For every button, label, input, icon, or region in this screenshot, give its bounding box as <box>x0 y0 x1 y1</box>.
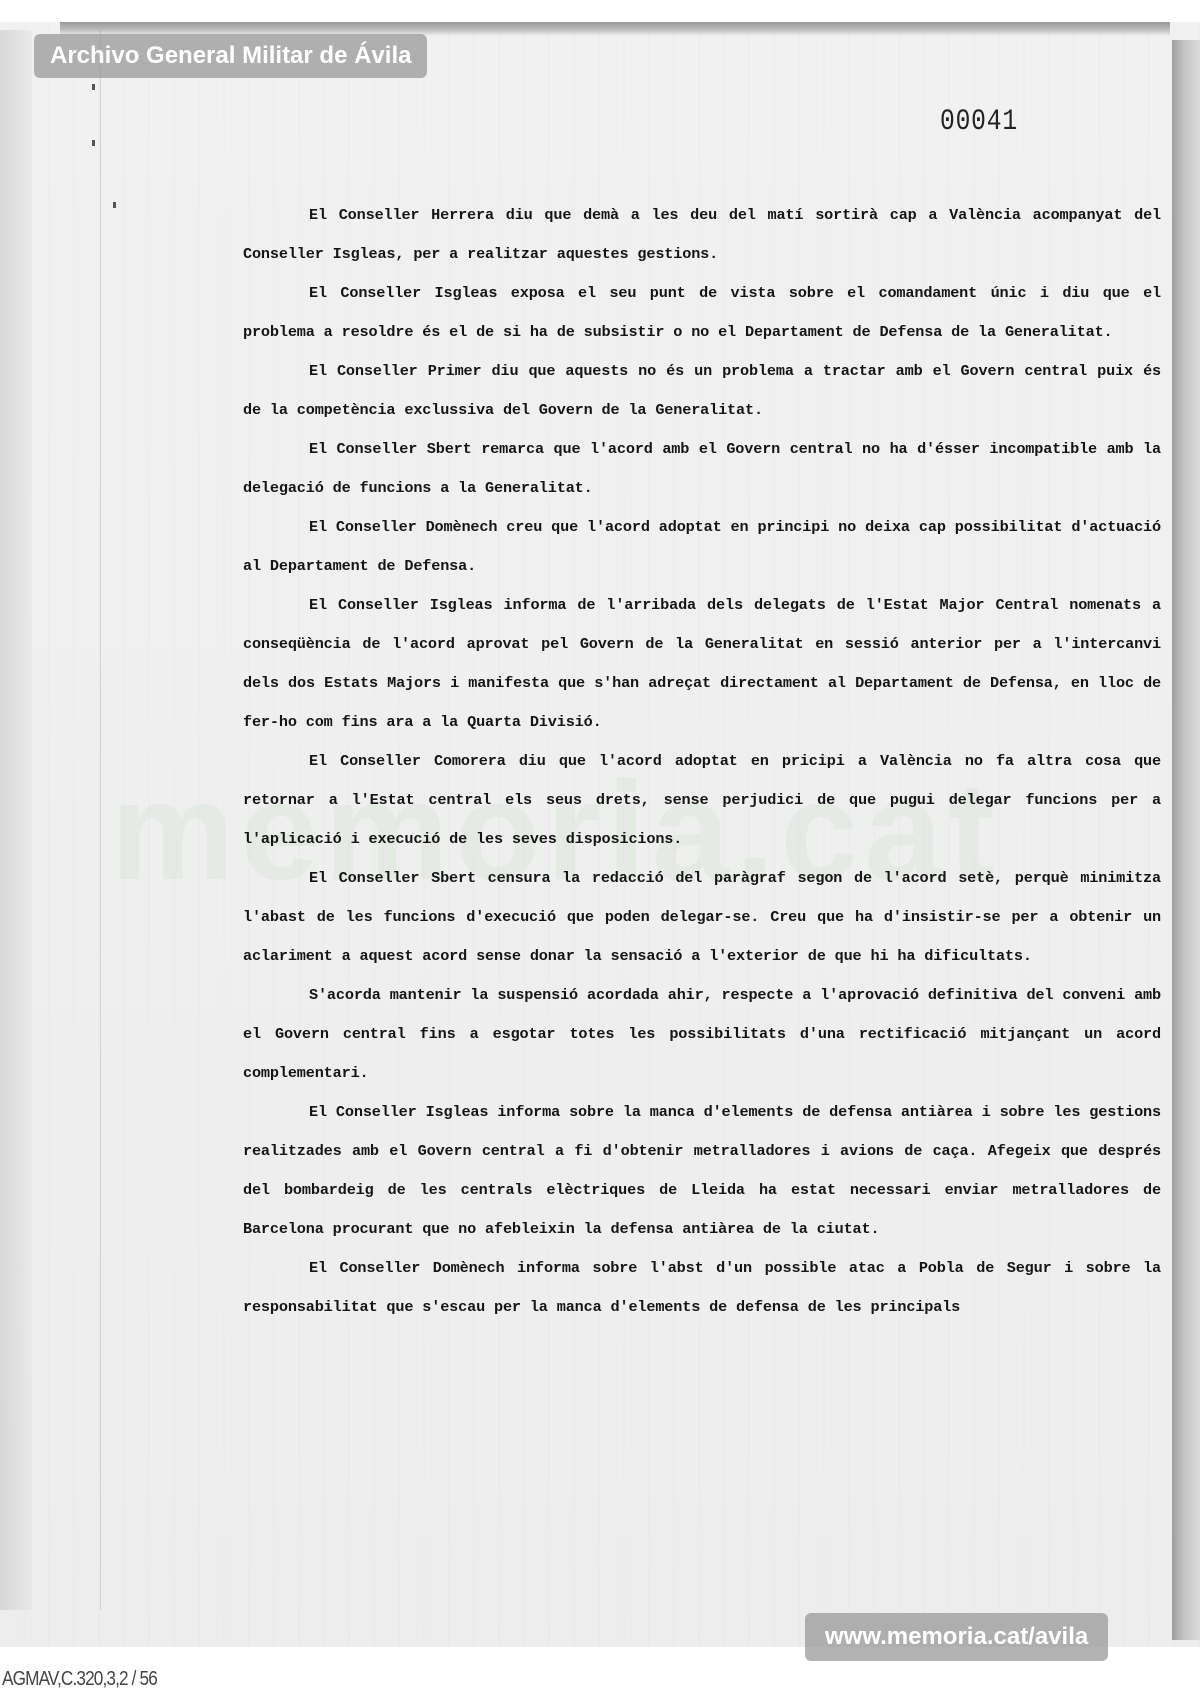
margin-mark <box>92 140 95 146</box>
source-link[interactable]: www.memoria.cat/avila <box>805 1613 1108 1661</box>
page-stamp-number: 00041 <box>940 105 1018 139</box>
paragraph: El Conseller Isgleas informa sobre la ma… <box>243 1093 1161 1249</box>
paragraph: El Conseller Domènech creu que l'acord a… <box>243 508 1161 586</box>
paragraph: S'acorda mantenir la suspensió acordada … <box>243 976 1161 1093</box>
paragraph: El Conseller Comorera diu que l'acord ad… <box>243 742 1161 859</box>
paragraph: El Conseller Domènech informa sobre l'ab… <box>243 1249 1161 1327</box>
archive-reference: AGMAV,C.320,3,2 / 56 <box>2 1668 157 1691</box>
document-body: El Conseller Herrera diu que demà a les … <box>243 196 1161 1327</box>
page-left-rule <box>100 30 101 1610</box>
paragraph: El Conseller Herrera diu que demà a les … <box>243 196 1161 274</box>
page-left-shadow <box>0 30 32 1610</box>
paragraph: El Conseller Isgleas informa de l'arriba… <box>243 586 1161 742</box>
paragraph: El Conseller Sbert censura la redacció d… <box>243 859 1161 976</box>
margin-mark <box>92 84 95 90</box>
margin-mark <box>113 202 116 208</box>
paragraph: El Conseller Primer diu que aquests no é… <box>243 352 1161 430</box>
page-right-edge <box>1172 40 1200 1640</box>
archive-badge: Archivo General Militar de Ávila <box>34 34 427 78</box>
paragraph: El Conseller Isgleas exposa el seu punt … <box>243 274 1161 352</box>
paragraph: El Conseller Sbert remarca que l'acord a… <box>243 430 1161 508</box>
